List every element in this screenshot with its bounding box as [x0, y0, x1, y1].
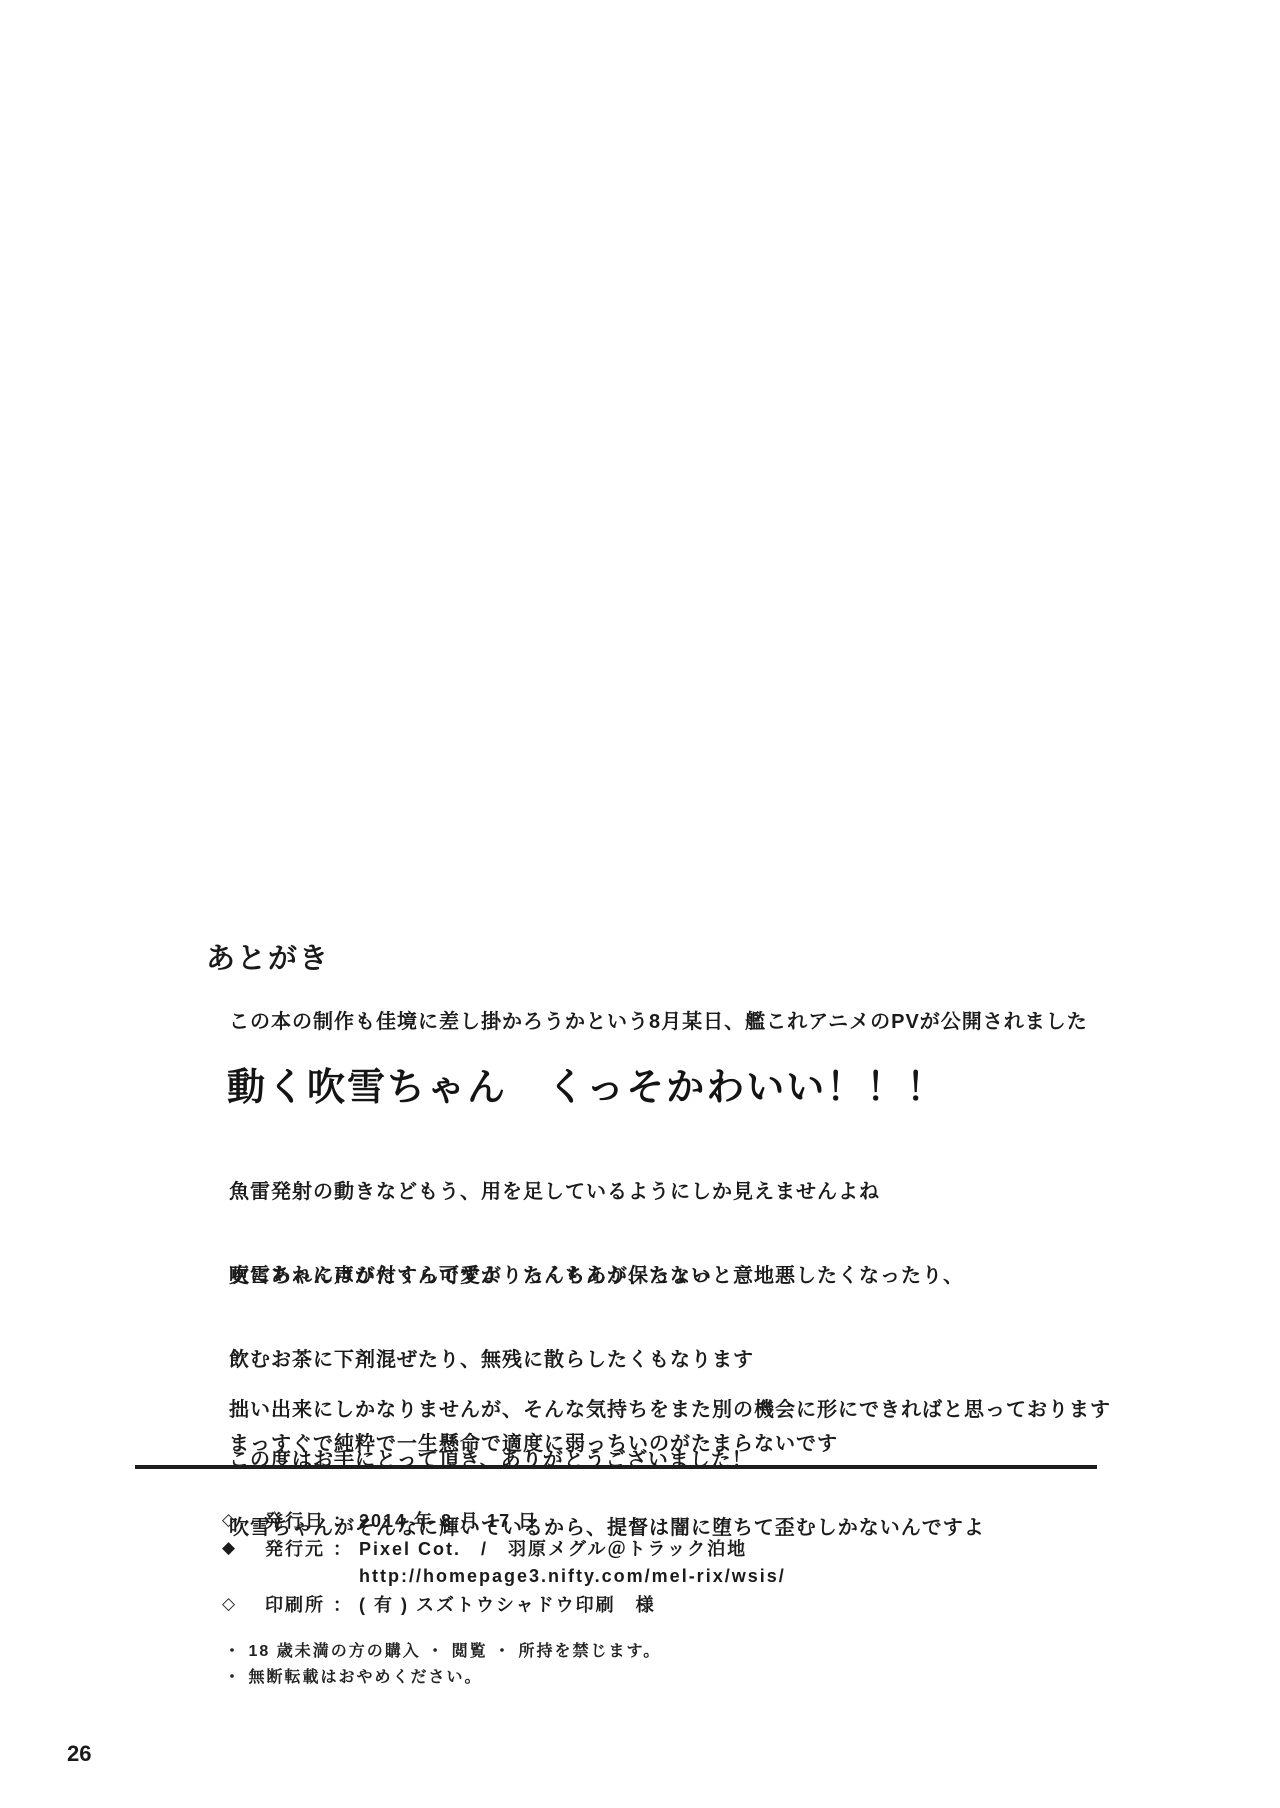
horizontal-rule [135, 1465, 1097, 1469]
colophon-colon: ： [333, 1535, 351, 1561]
disclaimer-line-no-reproduction: ・ 無断転載はおやめください。 [224, 1665, 661, 1691]
publication-date-value: 2014 年 8 月 17 日 [359, 1507, 538, 1533]
paragraph-line: 吹雪ちゃんはひたすら可愛がりたくもあり、ちょっと意地悪したくなったり、 [229, 1262, 985, 1290]
colophon-row-publication-date: ◇ 発行日 ： 2014 年 8 月 17 日 [222, 1506, 786, 1534]
colophon-row-publisher: ◆ 発行元 ： Pixel Cot. / 羽原メグル＠トラック泊地 [222, 1534, 786, 1562]
afterword-big-headline: 動く吹雪ちゃん くっそかわいい！！！ [227, 1056, 946, 1111]
disclaimer-notes: ・ 18 歳未満の方の購入 ・ 閲覧 ・ 所持を禁じます。 ・ 無断転載はおやめ… [224, 1639, 661, 1691]
publisher-value: Pixel Cot. / 羽原メグル＠トラック泊地 [359, 1535, 747, 1561]
colophon: ◇ 発行日 ： 2014 年 8 月 17 日 ◆ 発行元 ： Pixel Co… [222, 1506, 786, 1618]
afterword-page: あとがき この本の制作も佳境に差し掛かろうかという8月某日、艦これアニメのPVが… [0, 0, 1280, 1808]
paragraph-line: この度はお手にとって頂き、ありがとうございました！ [229, 1446, 753, 1474]
afterword-heading: あとがき [206, 936, 330, 977]
printer-value: ( 有 ) スズトウシャドウ印刷 様 [359, 1591, 656, 1617]
website-url-text: http://homepage3.nifty.com/mel-rix/wsis/ [359, 1566, 786, 1587]
page-number: 26 [67, 1741, 91, 1767]
colophon-label: 発行元 [265, 1535, 325, 1561]
disclaimer-line-age-restriction: ・ 18 歳未満の方の購入 ・ 閲覧 ・ 所持を禁じます。 [224, 1639, 661, 1665]
colophon-row-printer: ◇ 印刷所 ： ( 有 ) スズトウシャドウ印刷 様 [222, 1590, 786, 1618]
colophon-colon: ： [333, 1507, 351, 1533]
diamond-filled-icon: ◆ [222, 1538, 246, 1558]
afterword-intro-text: この本の制作も佳境に差し掛かろうかという8月某日、艦これアニメのPVが公開されま… [229, 1008, 1088, 1036]
colophon-label: 発行日 [265, 1507, 325, 1533]
diamond-open-icon: ◇ [222, 1594, 246, 1614]
colophon-colon: ： [333, 1591, 351, 1617]
paragraph-line: 魚雷発射の動きなどもう、用を足しているようにしか見えませんよね [229, 1178, 880, 1206]
colophon-label: 印刷所 [265, 1591, 325, 1617]
diamond-open-icon: ◇ [222, 1510, 246, 1530]
colophon-row-website: http://homepage3.nifty.com/mel-rix/wsis/ [222, 1562, 786, 1590]
